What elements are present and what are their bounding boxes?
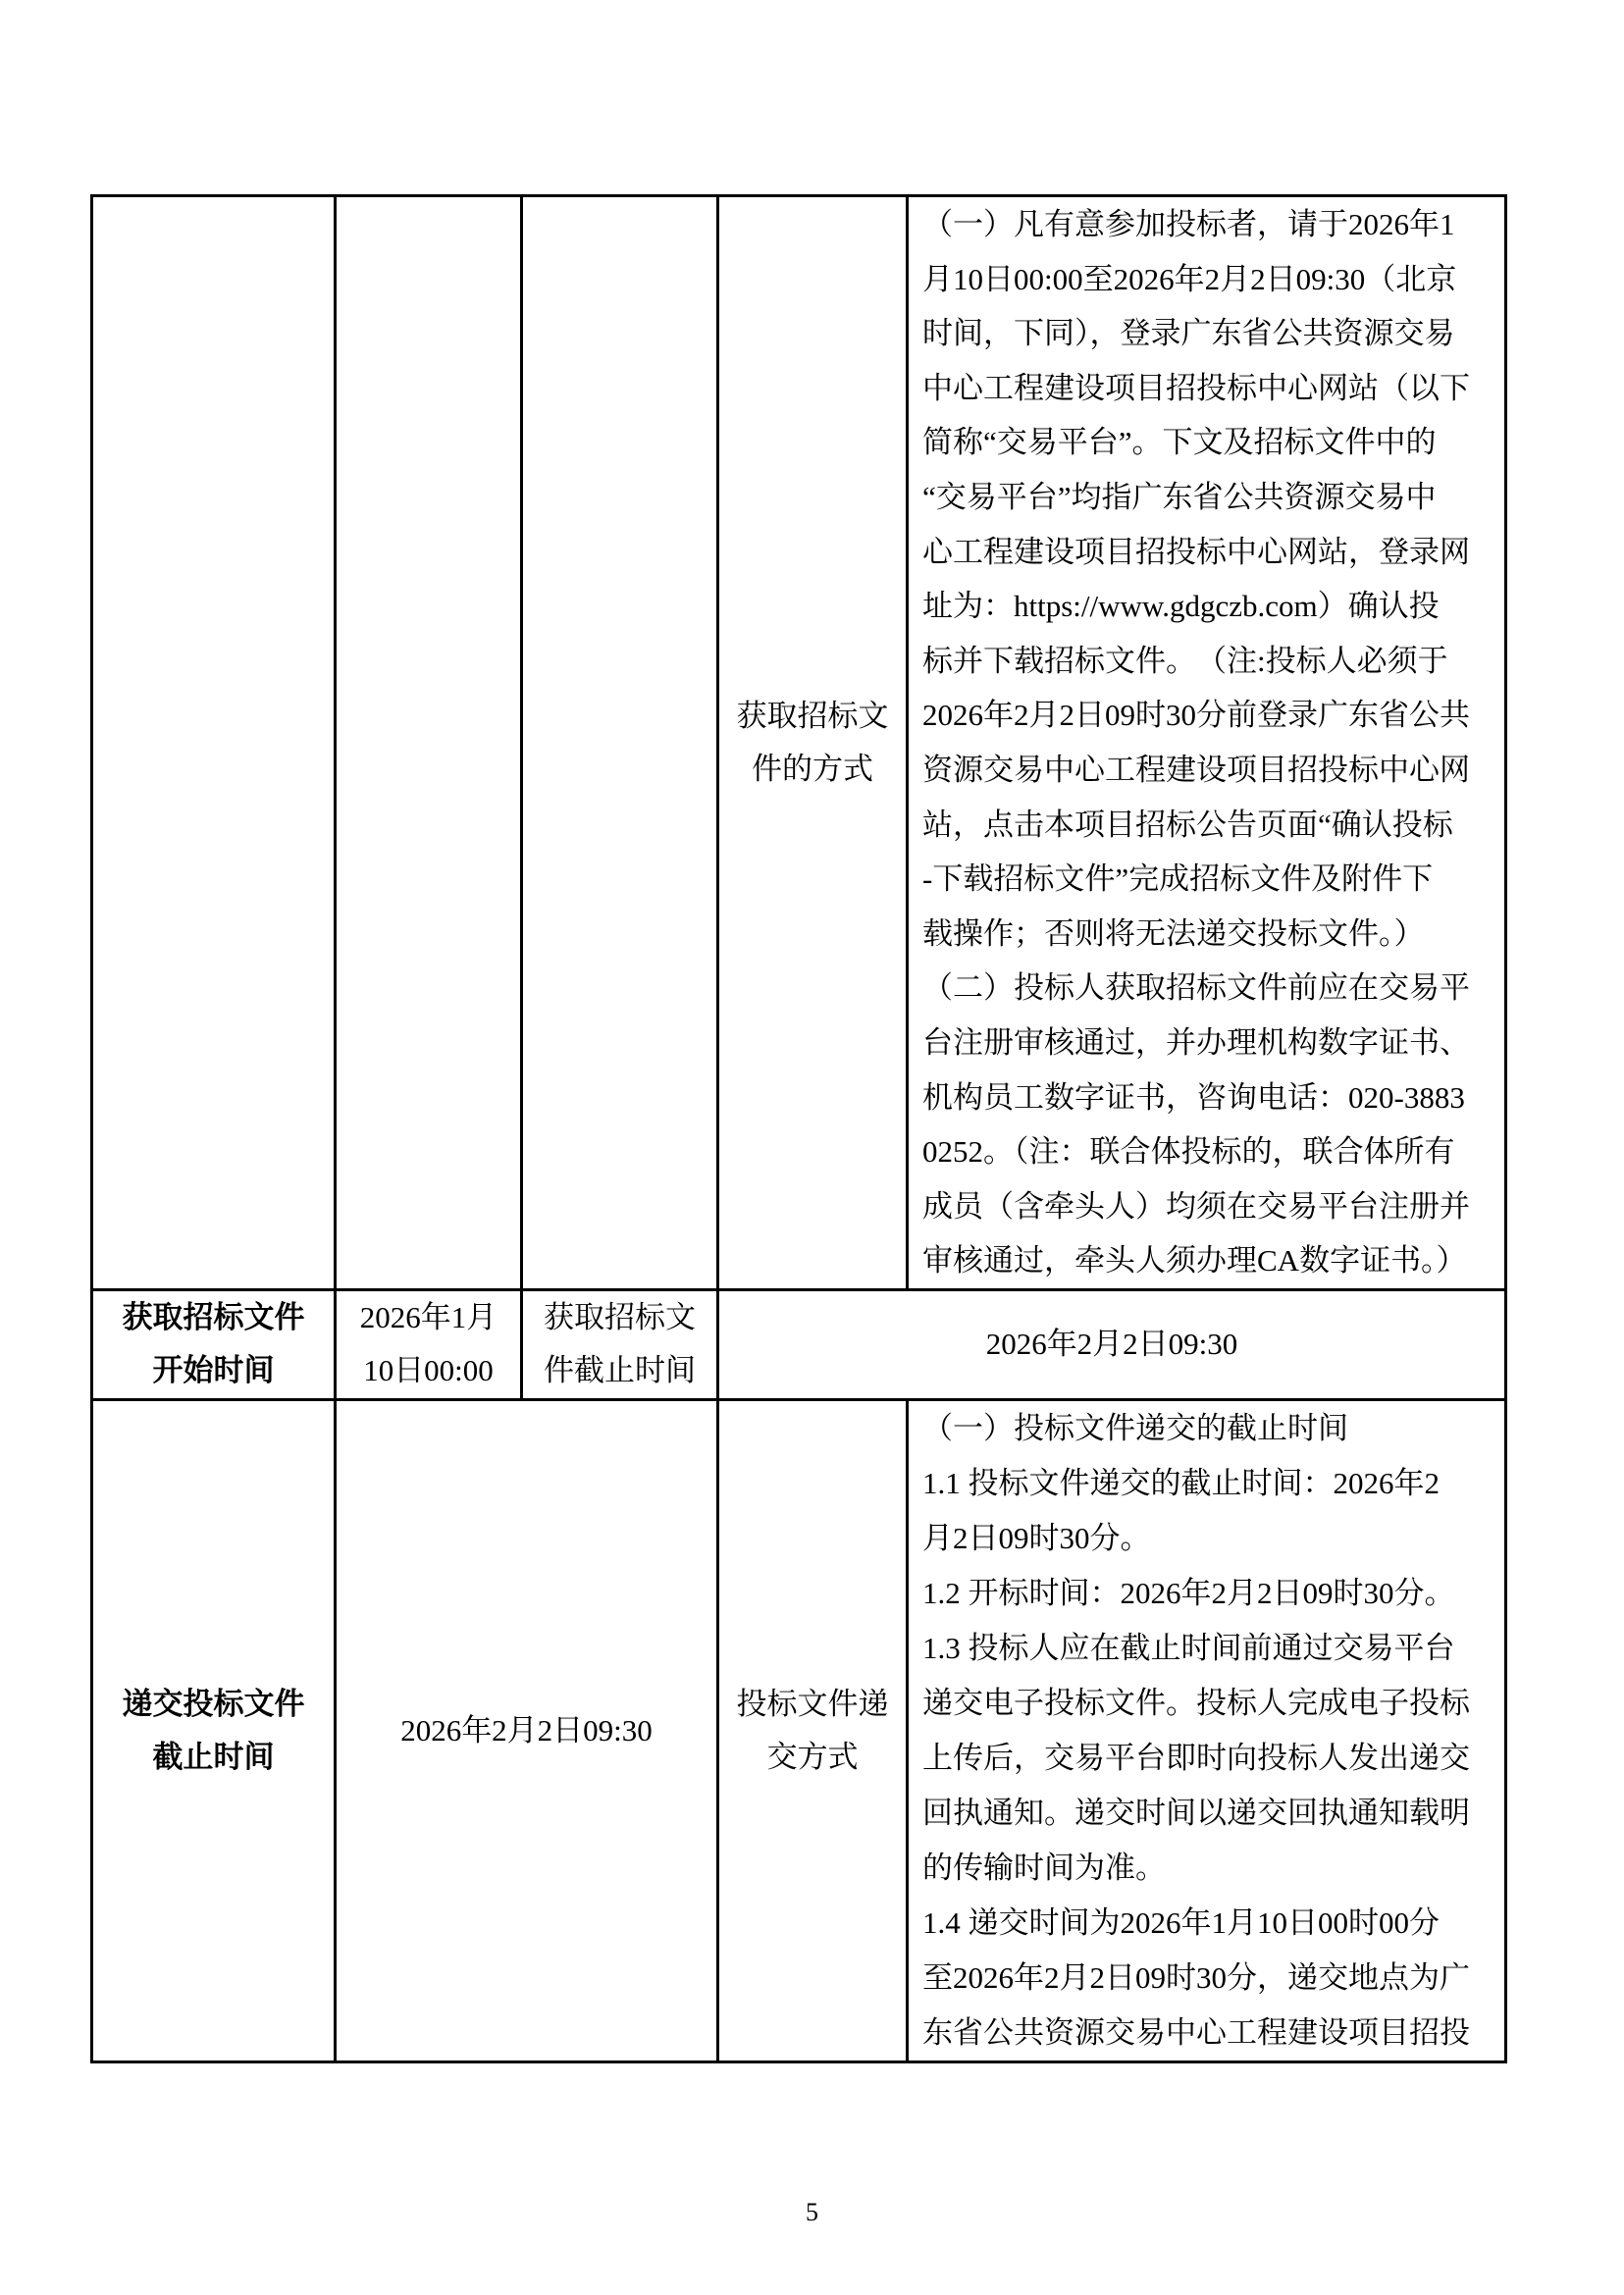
document-page: 获取招标文 件的方式 （一）凡有意参加投标者，请于2026年1 月10日00:0…	[0, 0, 1624, 2295]
obtain-start-time-label: 获取招标文件 开始时间	[92, 1289, 336, 1399]
row1-empty-cell-2	[336, 196, 522, 1290]
submit-method-label: 投标文件递 交方式	[718, 1399, 908, 2061]
obtain-start-time-value: 2026年1月 10日00:00	[336, 1289, 522, 1399]
submit-deadline-label: 递交投标文件 截止时间	[92, 1399, 336, 2061]
table-row-obtain-time: 获取招标文件 开始时间 2026年1月 10日00:00 获取招标文 件截止时间…	[92, 1289, 1506, 1399]
table-row-obtain-method: 获取招标文 件的方式 （一）凡有意参加投标者，请于2026年1 月10日00:0…	[92, 196, 1506, 1290]
row1-empty-cell-1	[92, 196, 336, 1290]
obtain-deadline-value: 2026年2月2日09:30	[718, 1289, 1506, 1399]
submit-method-text: （一）投标文件递交的截止时间 1.1 投标文件递交的截止时间：2026年2 月2…	[908, 1399, 1506, 2061]
submit-deadline-value: 2026年2月2日09:30	[336, 1399, 718, 2061]
obtain-method-text: （一）凡有意参加投标者，请于2026年1 月10日00:00至2026年2月2日…	[908, 196, 1506, 1290]
obtain-deadline-label: 获取招标文 件截止时间	[522, 1289, 718, 1399]
row1-empty-cell-3	[522, 196, 718, 1290]
table-row-submit: 递交投标文件 截止时间 2026年2月2日09:30 投标文件递 交方式 （一）…	[92, 1399, 1506, 2061]
obtain-method-label: 获取招标文 件的方式	[718, 196, 908, 1290]
tender-info-table: 获取招标文 件的方式 （一）凡有意参加投标者，请于2026年1 月10日00:0…	[90, 194, 1507, 2063]
page-number: 5	[0, 2198, 1624, 2227]
